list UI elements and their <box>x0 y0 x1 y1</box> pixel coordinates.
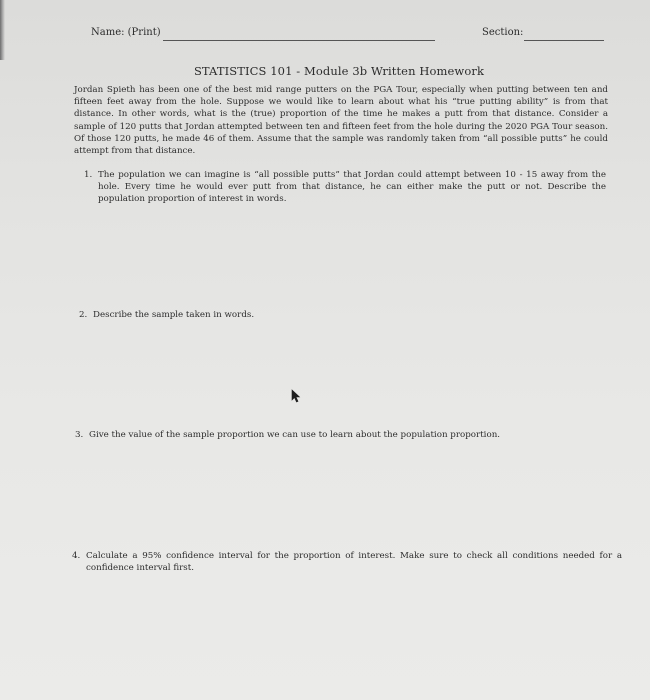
question-text: Calculate a 95% confidence interval for … <box>86 550 622 574</box>
name-label: Name: (Print) <box>91 27 161 38</box>
question-text: Describe the sample taken in words. <box>93 309 379 321</box>
question-number: 3. <box>75 429 83 441</box>
question-1: 1. The population we can imagine is “all… <box>84 169 606 206</box>
page-edge-shadow <box>0 0 5 60</box>
question-number: 4. <box>72 550 80 562</box>
mouse-pointer-icon <box>291 388 301 402</box>
name-field[interactable] <box>163 40 435 41</box>
page-title: STATISTICS 101 - Module 3b Written Homew… <box>0 64 650 78</box>
question-text: The population we can imagine is “all po… <box>98 169 606 206</box>
question-number: 2. <box>79 309 87 321</box>
section-label: Section: <box>482 27 523 38</box>
header-row: Name: (Print) Section: <box>91 27 606 43</box>
question-3: 3. Give the value of the sample proporti… <box>75 429 595 441</box>
question-number: 1. <box>84 169 92 181</box>
section-field[interactable] <box>524 40 604 41</box>
question-4: 4. Calculate a 95% confidence interval f… <box>72 550 622 574</box>
intro-paragraph: Jordan Spieth has been one of the best m… <box>74 84 608 157</box>
question-2: 2. Describe the sample taken in words. <box>79 309 379 321</box>
question-text: Give the value of the sample proportion … <box>89 429 595 441</box>
